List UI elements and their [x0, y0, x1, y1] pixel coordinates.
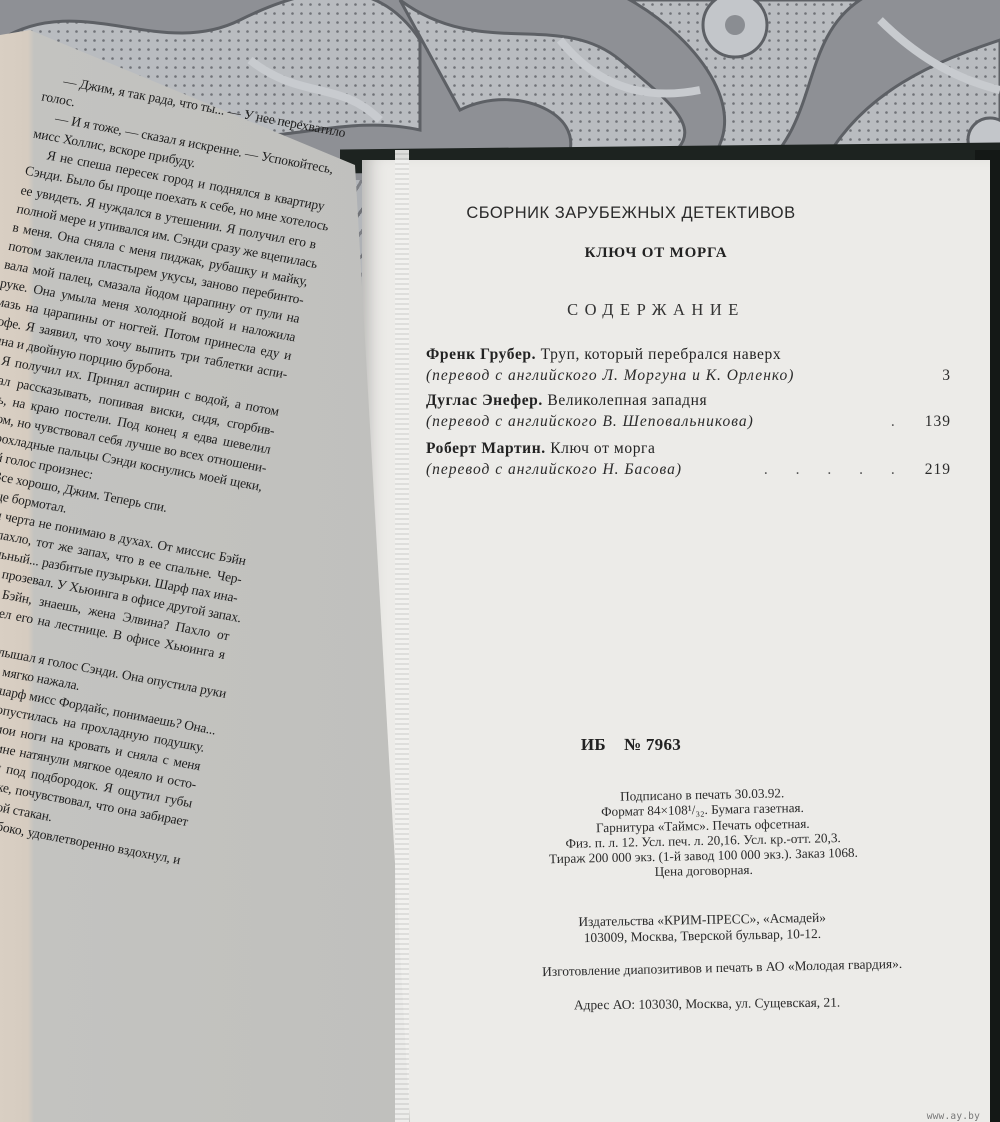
toc-translation: (перевод с английского В. Шеповальникова…	[426, 411, 754, 433]
toc-dot-leader: .	[754, 411, 925, 433]
toc-title: Ключ от морга	[550, 440, 655, 457]
ib-label: ИБ	[581, 735, 606, 754]
toc-author: Френк Грубер.	[426, 346, 536, 363]
book-title: КЛЮЧ ОТ МОРГА	[362, 245, 990, 262]
toc-entry-heading: Френк Грубер. Труп, который перебрался н…	[426, 345, 951, 365]
toc-page-number: 3	[942, 365, 951, 387]
right-page: СБОРНИК ЗАРУБЕЖНЫХ ДЕТЕКТИВОВ КЛЮЧ ОТ МО…	[362, 160, 990, 1122]
imprint-block: Подписано в печать 30.03.92. Формат 84×1…	[482, 782, 924, 883]
toc-entry-heading: Роберт Мартин. Ключ от морга	[426, 439, 951, 459]
manufacture-note: Изготовление диапозитивов и печать в АО …	[462, 954, 982, 982]
watermark: www.ay.by	[927, 1111, 980, 1122]
toc-entry-translation-line: (перевод с английского Л. Моргуна и К. О…	[426, 365, 951, 387]
toc-page-number: 219	[925, 459, 951, 481]
ib-value: № 7963	[624, 735, 681, 754]
printer-address: Адрес АО: 103030, Москва, ул. Сущевская,…	[492, 994, 922, 1015]
toc-translation: (перевод с английского Л. Моргуна и К. О…	[426, 365, 794, 387]
series-title: СБОРНИК ЗАРУБЕЖНЫХ ДЕТЕКТИВОВ	[362, 204, 990, 223]
toc-title: Труп, который перебрался наверх	[541, 346, 782, 363]
toc-entry: Роберт Мартин. Ключ от морга (перевод с …	[426, 439, 951, 481]
toc-author: Роберт Мартин.	[426, 440, 546, 457]
toc-entry: Френк Грубер. Труп, который перебрался н…	[426, 345, 951, 387]
publishers-block: Издательства «КРИМ-ПРЕСС», «Асмадей» 103…	[482, 908, 922, 948]
toc-entry-heading: Дуглас Энефер. Великолепная западня	[426, 391, 951, 411]
contents-heading: СОДЕРЖАНИЕ	[362, 300, 990, 320]
toc-entry-translation-line: (перевод с английского Н. Басова) . . . …	[426, 459, 951, 481]
toc-page-number: 139	[925, 411, 951, 433]
toc-translation: (перевод с английского Н. Басова)	[426, 459, 682, 481]
toc-entry: Дуглас Энефер. Великолепная западня (пер…	[426, 391, 951, 433]
toc-author: Дуглас Энефер.	[426, 392, 543, 409]
toc-dot-leader	[794, 365, 942, 387]
toc-dot-leader: . . . . .	[682, 459, 925, 481]
page-block-edge	[395, 150, 409, 1122]
ib-number: ИБ№ 7963	[362, 735, 990, 755]
toc-title: Великолепная западня	[547, 392, 707, 409]
toc-entry-translation-line: (перевод с английского В. Шеповальникова…	[426, 411, 951, 433]
table-of-contents: Френк Грубер. Труп, который перебрался н…	[426, 345, 951, 481]
